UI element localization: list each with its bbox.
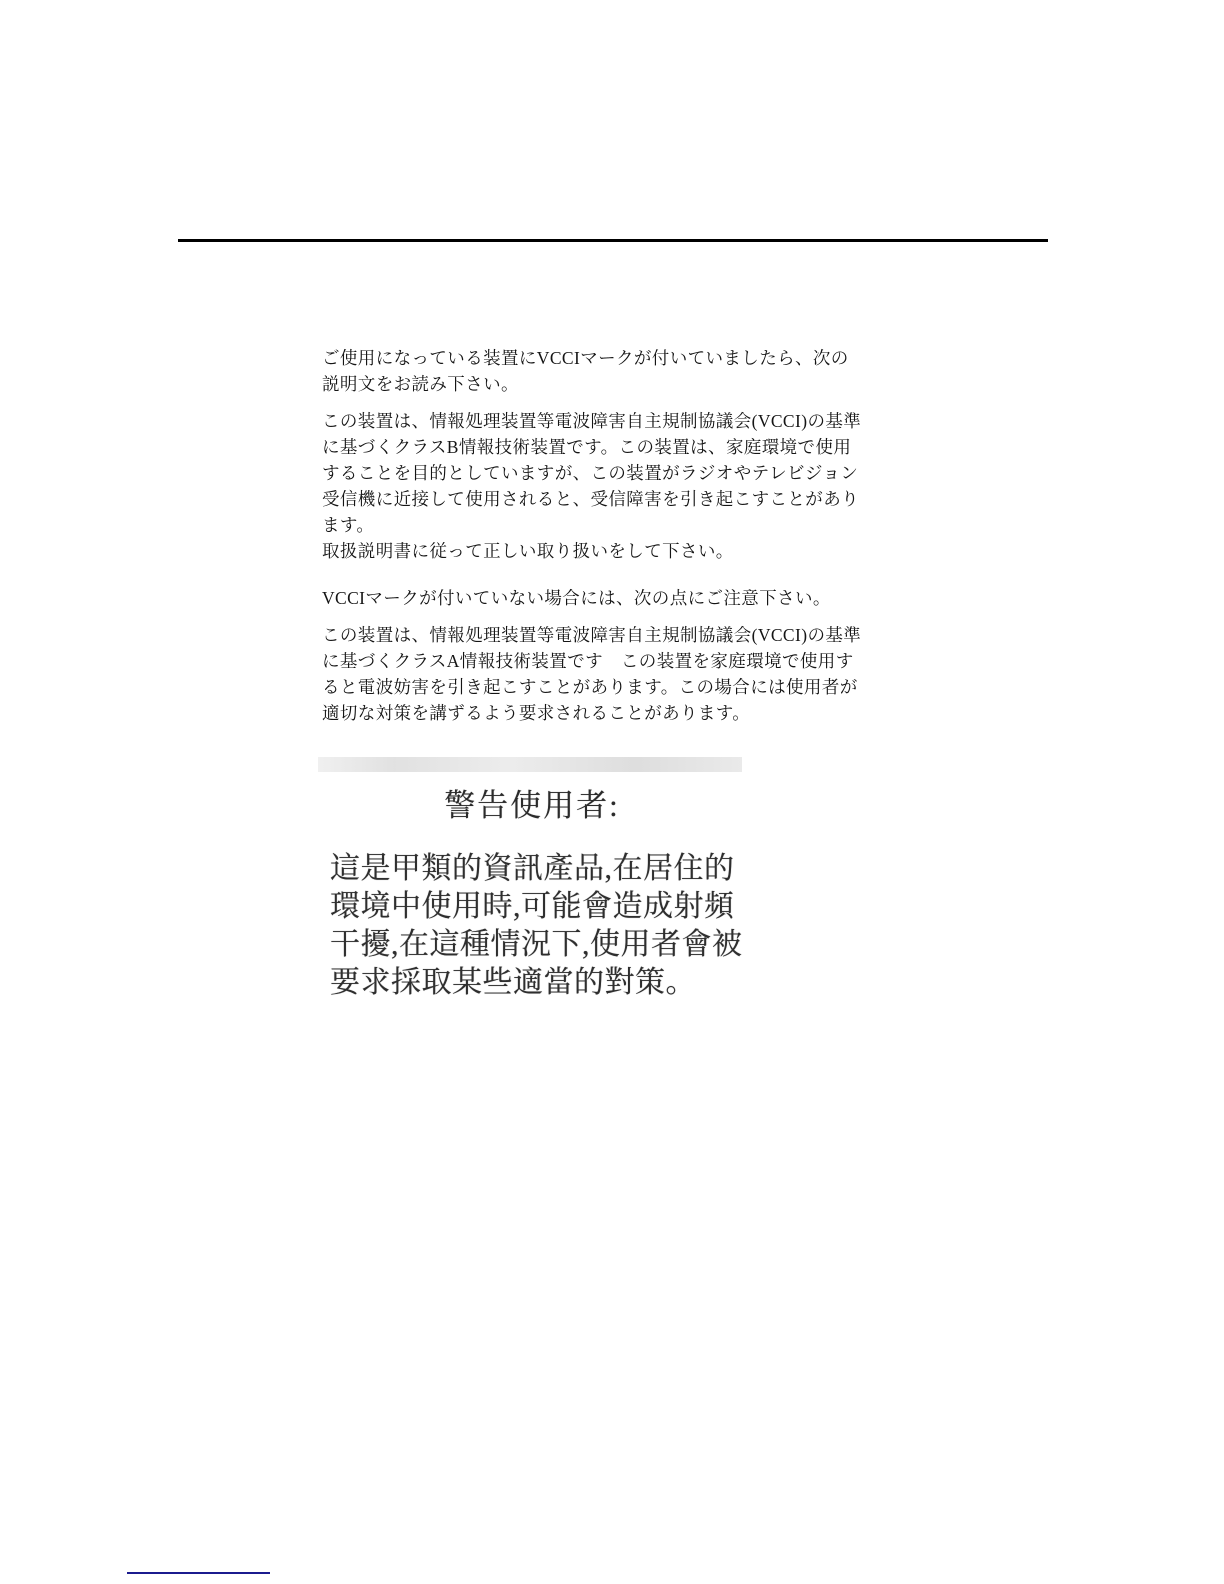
document-page: ご使用になっている装置にVCCIマークが付いていましたら、次の説明文をお読み下さ… xyxy=(0,0,1224,1584)
top-horizontal-rule xyxy=(178,239,1048,242)
taiwan-warning-title: 警告使用者: xyxy=(318,780,746,825)
scan-artifact-band xyxy=(318,757,742,772)
footer-link-underline xyxy=(127,1572,270,1574)
vcci-no-mark-intro: VCCIマークが付いていない場合には、次の点にご注意下さい。 xyxy=(322,585,866,611)
taiwan-warning-section: 警告使用者: 這是甲類的資訊產品,在居住的環境中使用時,可能會造成射頻干擾,在這… xyxy=(318,757,746,1002)
vcci-class-a-statement: この装置は、情報処理装置等電波障害自主規制協議会(VCCI)の基準に基づくクラス… xyxy=(322,622,866,726)
taiwan-warning-body: 這是甲類的資訊產品,在居住的環境中使用時,可能會造成射頻干擾,在這種情況下,使用… xyxy=(330,850,744,1002)
vcci-notice-section: ご使用になっている装置にVCCIマークが付いていましたら、次の説明文をお読み下さ… xyxy=(322,345,866,726)
vcci-class-b-statement: この装置は、情報処理装置等電波障害自主規制協議会(VCCI)の基準に基づくクラス… xyxy=(322,408,866,538)
vcci-mark-present-intro: ご使用になっている装置にVCCIマークが付いていましたら、次の説明文をお読み下さ… xyxy=(322,345,866,397)
vcci-class-b-followup: 取扱説明書に従って正しい取り扱いをして下さい。 xyxy=(322,538,866,564)
